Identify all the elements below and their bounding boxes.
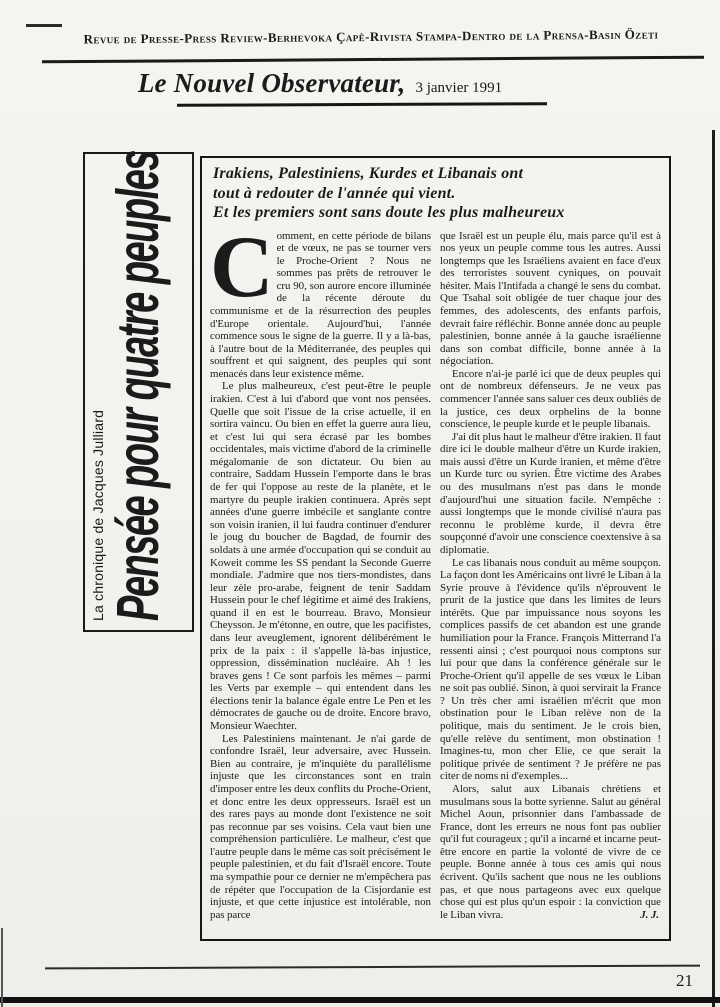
article-column-left: Comment, en cette période de bilans et d…	[210, 230, 431, 922]
left-column-paragraphs: Le plus malheureux, c'est peut-être le p…	[210, 380, 431, 921]
paragraph: Le plus malheureux, c'est peut-être le p…	[210, 380, 431, 732]
paragraph: J'ai dit plus haut le malheur d'être ira…	[440, 431, 661, 557]
scanned-page: Revue de Presse-Press Review-Berhevoka Ç…	[0, 0, 720, 1007]
scan-edge-left	[1, 928, 3, 1007]
article-headline: Irakiens, Palestiniens, Kurdes et Libana…	[213, 164, 661, 223]
article-column-right: que Israël est un peuple élu, mais parce…	[440, 230, 661, 922]
closing-paragraph: Alors, salut aux Libanais chrétiens et m…	[440, 783, 661, 921]
footer-rule	[45, 965, 700, 970]
header-rule	[42, 56, 704, 63]
headline-line: Et les premiers sont sans doute les plus…	[213, 203, 661, 223]
masthead: Le Nouvel Observateur, 3 janvier 1991	[0, 68, 640, 99]
article-columns: Comment, en cette période de bilans et d…	[210, 230, 661, 922]
masthead-underline	[177, 102, 547, 107]
paragraph: que Israël est un peuple élu, mais parce…	[440, 230, 661, 368]
headline-line: tout à redouter de l'année qui vient.	[213, 184, 661, 204]
dropcap-letter: C	[210, 233, 272, 305]
paragraph: Le cas libanais nous conduit au même sou…	[440, 557, 661, 783]
chronique-kicker: La chronique de Jacques Julliard	[90, 166, 106, 621]
right-column-paragraphs: que Israël est un peuple élu, mais parce…	[440, 230, 661, 783]
scan-edge-bottom	[0, 997, 720, 1003]
paragraph: Encore n'ai-je parlé ici que de deux peu…	[440, 368, 661, 431]
publication-date: 3 janvier 1991	[415, 80, 502, 96]
publication-title: Le Nouvel Observateur,	[138, 68, 406, 98]
headline-line: Irakiens, Palestiniens, Kurdes et Libana…	[213, 164, 661, 184]
opening-paragraph: Comment, en cette période de bilans et d…	[210, 230, 431, 381]
article-frame: Irakiens, Palestiniens, Kurdes et Libana…	[200, 156, 671, 941]
scan-corner-mark	[26, 24, 62, 27]
chronique-sidebar-rotated-text: La chronique de Jacques Julliard Pensée …	[90, 166, 150, 621]
author-initials: J. J.	[640, 909, 659, 922]
chronique-title: Pensée pour quatre peuples	[107, 166, 174, 621]
press-review-banner: Revue de Presse-Press Review-Berhevoka Ç…	[40, 26, 702, 48]
closing-paragraph-text: Alors, salut aux Libanais chrétiens et m…	[440, 783, 661, 921]
paragraph: Les Palestiniens maintenant. Je n'ai gar…	[210, 733, 431, 922]
page-number: 21	[676, 971, 693, 991]
scan-edge-right	[712, 130, 715, 1007]
